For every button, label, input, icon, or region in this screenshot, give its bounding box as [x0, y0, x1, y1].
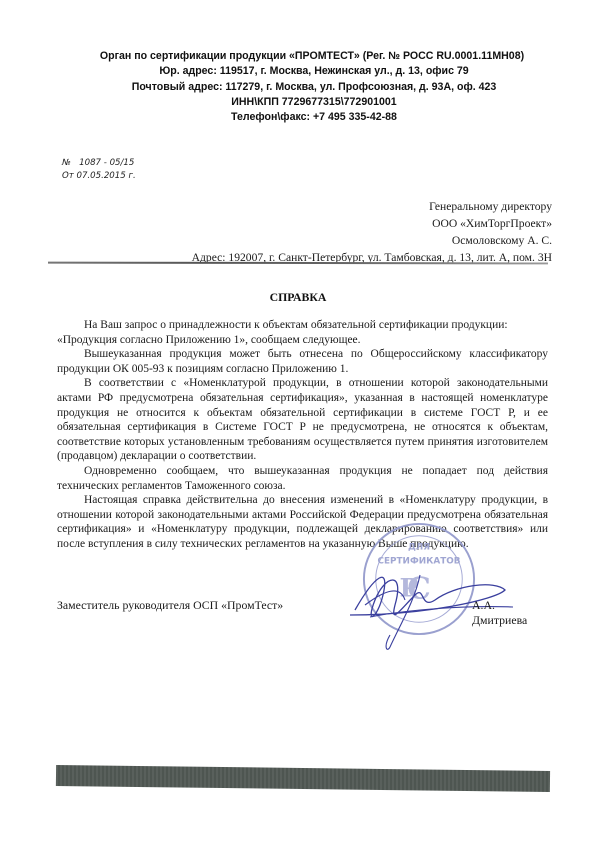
addressee-company: ООО «ХимТоргПроект» — [192, 215, 552, 232]
addressee-position: Генеральному директору — [192, 198, 552, 215]
inn-kpp: ИНН\КПП 7729677315\772901001 — [0, 95, 596, 110]
signature-row: Заместитель руководителя ОСП «ПромТест» … — [57, 598, 548, 618]
postal-address: Почтовый адрес: 117279, г. Москва, ул. П… — [0, 80, 596, 95]
reference-block: № 1087 - 05/15 От 07.05.2015 г. — [62, 157, 136, 182]
paragraph-customs-union: Одновременно сообщаем, что вышеуказанная… — [57, 464, 548, 493]
divider-line — [48, 262, 548, 265]
document-title: СПРАВКА — [0, 290, 596, 305]
reference-number: № 1087 - 05/15 — [62, 157, 136, 170]
reference-date: От 07.05.2015 г. — [62, 170, 136, 183]
paragraph-classifier: Вышеуказанная продукция может быть отнес… — [57, 347, 548, 376]
legal-address: Юр. адрес: 119517, г. Москва, Нежинская … — [0, 64, 596, 79]
paragraph-nomenclature: В соответствии с «Номенклатурой продукци… — [57, 376, 548, 464]
addressee-person: Осмоловскому А. С. — [192, 232, 552, 249]
paragraph-request: На Ваш запрос о принадлежности к объекта… — [57, 318, 548, 333]
paragraph-request-cont: «Продукция согласно Приложению 1», сообщ… — [57, 333, 548, 348]
phone-fax: Телефон\факс: +7 495 335-42-88 — [0, 110, 596, 125]
footer-bar — [56, 765, 550, 792]
letterhead: Орган по сертификации продукции «ПРОМТЕС… — [0, 49, 596, 125]
addressee-block: Генеральному директору ООО «ХимТоргПроек… — [192, 198, 552, 266]
svg-text:ДЛЯ: ДЛЯ — [408, 543, 430, 553]
org-name: Орган по сертификации продукции «ПРОМТЕС… — [0, 49, 596, 64]
document-body: На Ваш запрос о принадлежности к объекта… — [57, 318, 548, 552]
signer-position: Заместитель руководителя ОСП «ПромТест» — [57, 598, 283, 613]
signer-name: А.А. Дмитриева — [472, 598, 548, 628]
